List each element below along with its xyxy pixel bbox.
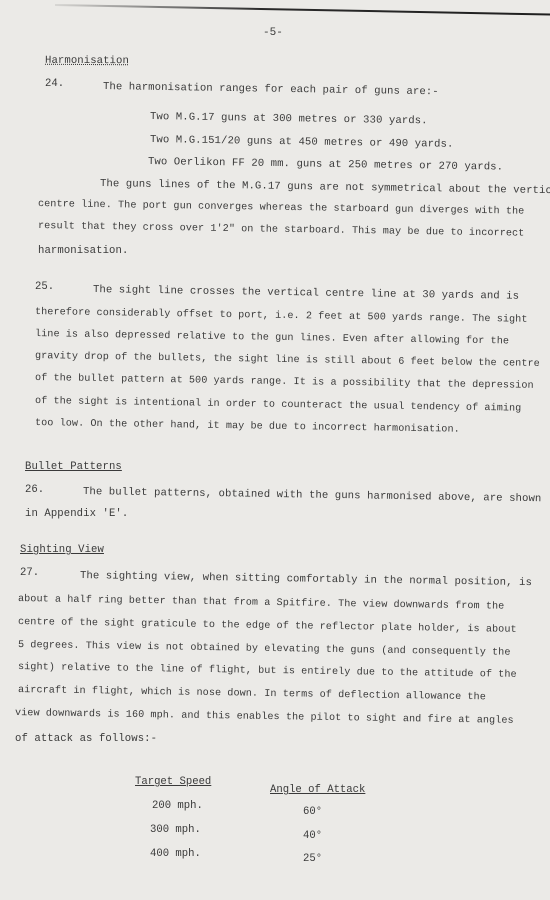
table-cell-speed: 300 mph. bbox=[150, 824, 201, 836]
paragraph-line: result that they cross over 1'2" on the … bbox=[38, 221, 525, 240]
section-heading-harmonisation: Harmonisation bbox=[45, 55, 129, 67]
paragraph-line: centre of the sight graticule to the edg… bbox=[18, 617, 517, 636]
paragraph-line: harmonisation. bbox=[38, 245, 128, 257]
table-header-angle-of-attack: Angle of Attack bbox=[270, 784, 365, 796]
table-cell-speed: 200 mph. bbox=[152, 800, 203, 812]
paragraph-line: sight) relative to the line of flight, b… bbox=[18, 662, 517, 681]
top-rule bbox=[55, 4, 550, 16]
paragraph-line: too low. On the other hand, it may be du… bbox=[35, 418, 460, 436]
table-header-target-speed: Target Speed bbox=[135, 776, 211, 788]
paragraph-line: The bullet patterns, obtained with the g… bbox=[83, 486, 542, 505]
paragraph-line: 5 degrees. This view is not obtained by … bbox=[18, 640, 511, 659]
gun-harmonisation-line: Two M.G.17 guns at 300 metres or 330 yar… bbox=[150, 111, 428, 127]
paragraph-line: of attack as follows:- bbox=[15, 733, 157, 745]
paragraph-line: about a half ring better than that from … bbox=[18, 594, 505, 613]
paragraph-line: The harmonisation ranges for each pair o… bbox=[103, 81, 439, 98]
paragraph-line: aircraft in flight, which is nose down. … bbox=[18, 685, 486, 703]
paragraph-line: of the sight is intentional in order to … bbox=[35, 396, 522, 415]
paragraph-line: line is also depressed relative to the g… bbox=[35, 329, 509, 347]
paragraph-number: 25. bbox=[35, 281, 54, 293]
paragraph-line: gravity drop of the bullets, the sight l… bbox=[35, 351, 540, 370]
paragraph-number: 26. bbox=[25, 484, 44, 496]
paragraph-number: 24. bbox=[45, 78, 64, 90]
table-cell-angle: 25° bbox=[303, 853, 322, 865]
table-cell-speed: 400 mph. bbox=[150, 848, 201, 860]
section-heading-sighting-view: Sighting View bbox=[20, 544, 104, 556]
section-heading-bullet-patterns: Bullet Patterns bbox=[25, 461, 122, 473]
paragraph-line: The guns lines of the M.G.17 guns are no… bbox=[100, 178, 550, 197]
paragraph-line: The sighting view, when sitting comforta… bbox=[80, 570, 532, 589]
page-number: -5- bbox=[263, 27, 283, 39]
paragraph-line: view downwards is 160 mph. and this enab… bbox=[15, 708, 514, 727]
paragraph-line: in Appendix 'E'. bbox=[25, 508, 128, 520]
gun-harmonisation-line: Two Oerlikon FF 20 mm. guns at 250 metre… bbox=[148, 156, 503, 174]
paragraph-line: therefore considerably offset to port, i… bbox=[35, 307, 528, 326]
document-page: -5- Harmonisation 24. The harmonisation … bbox=[0, 0, 550, 900]
paragraph-number: 27. bbox=[20, 567, 39, 579]
gun-harmonisation-line: Two M.G.151/20 guns at 450 metres or 490… bbox=[150, 134, 454, 151]
table-cell-angle: 60° bbox=[303, 806, 322, 818]
paragraph-line: The sight line crosses the vertical cent… bbox=[93, 284, 519, 303]
paragraph-line: of the bullet pattern at 500 yards range… bbox=[35, 373, 534, 392]
paragraph-line: centre line. The port gun converges wher… bbox=[38, 199, 525, 218]
table-cell-angle: 40° bbox=[303, 830, 322, 842]
